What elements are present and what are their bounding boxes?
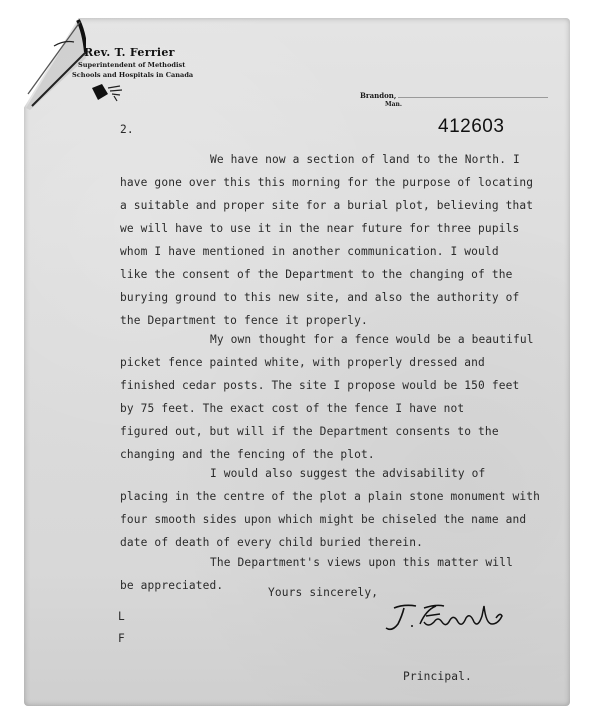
document-scan: Rev. T. Ferrier Superintendent of Method… xyxy=(0,0,600,725)
body-line: finished cedar posts. The site I propose… xyxy=(120,379,519,392)
body-line: whom I have mentioned in another communi… xyxy=(120,245,499,258)
body-line: like the consent of the Department to th… xyxy=(120,268,512,281)
initial-l: L xyxy=(118,610,125,623)
initial-f: F xyxy=(118,632,125,645)
seal-icon xyxy=(90,82,126,102)
closing: Yours sincerely, xyxy=(268,586,378,599)
letter-place: Brandon, xyxy=(360,91,396,100)
date-line xyxy=(398,97,548,98)
letterhead-name: Rev. T. Ferrier xyxy=(84,46,175,59)
body-line: the Department to fence it properly. xyxy=(120,314,368,327)
body-line: have gone over this this morning for the… xyxy=(120,176,533,189)
body-line: by 75 feet. The exact cost of the fence … xyxy=(120,402,464,415)
page-number: 2. xyxy=(120,123,134,136)
body-line: be appreciated. xyxy=(120,579,223,592)
body-line: a suitable and proper site for a burial … xyxy=(120,199,533,212)
signature xyxy=(380,598,520,636)
body-line: figured out, but will if the Department … xyxy=(120,425,499,438)
body-line: burying ground to this new site, and als… xyxy=(120,291,519,304)
body-line: date of death of every child buried ther… xyxy=(120,536,423,549)
body-line: My own thought for a fence would be a be… xyxy=(210,333,534,346)
letter-province: Man. xyxy=(385,101,402,108)
body-line: changing and the fencing of the plot. xyxy=(120,448,375,461)
body-line: we will have to use it in the near futur… xyxy=(120,222,519,235)
signer-title: Principal. xyxy=(403,670,472,683)
body-line: We have now a section of land to the Nor… xyxy=(210,153,520,166)
letterhead-title: Superintendent of Methodist xyxy=(78,61,185,69)
body-line: The Department's views upon this matter … xyxy=(210,556,513,569)
letterhead-subtitle: Schools and Hospitals in Canada xyxy=(72,71,193,79)
body-line: picket fence painted white, with properl… xyxy=(120,356,485,369)
body-line: I would also suggest the advisability of xyxy=(210,467,485,480)
body-line: placing in the centre of the plot a plai… xyxy=(120,490,540,503)
archive-number: 412603 xyxy=(438,116,504,138)
body-line: four smooth sides upon which might be ch… xyxy=(120,513,526,526)
